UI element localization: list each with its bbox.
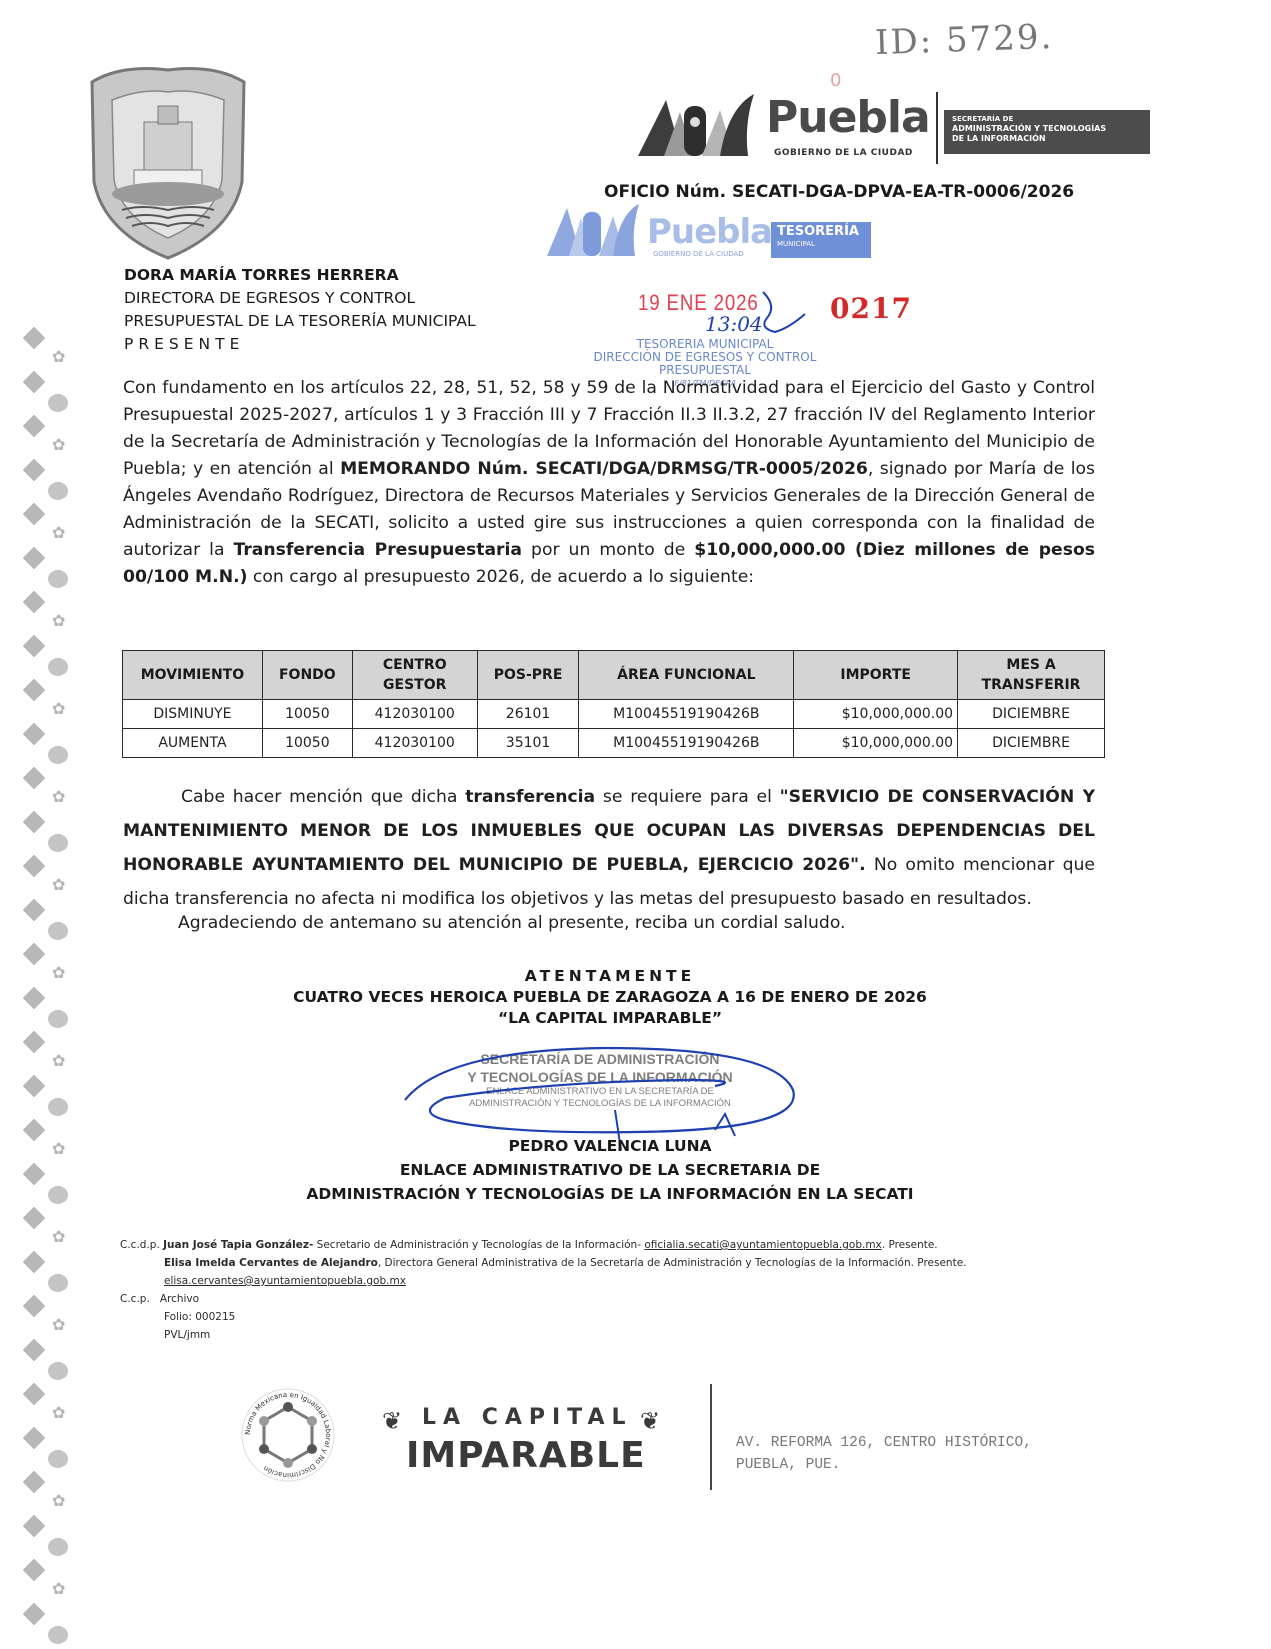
- col-movimiento: MOVIMIENTO: [123, 651, 263, 700]
- recipient-title-2: PRESUPUESTAL DE LA TESORERÍA MUNICIPAL: [124, 310, 476, 333]
- flower-ornament-icon: [48, 658, 68, 676]
- diamond-ornament-icon: [23, 327, 46, 350]
- flower-ornament-icon: [48, 482, 68, 500]
- signature-heading: ATENTAMENTE CUATRO VECES HEROICA PUEBLA …: [160, 966, 1060, 1028]
- dept-box: SECRETARÍA DE ADMINISTRACIÓN Y TECNOLOGÍ…: [944, 110, 1150, 154]
- signer-title-2: ADMINISTRACIÓN Y TECNOLOGÍAS DE LA INFOR…: [160, 1182, 1060, 1206]
- leaf-ornament-icon: ✿: [52, 1054, 64, 1068]
- leaf-ornament-icon: ✿: [52, 526, 64, 540]
- diamond-ornament-icon: [23, 987, 46, 1010]
- stamp-wordmark: Puebla: [647, 212, 772, 252]
- place-date: CUATRO VECES HEROICA PUEBLA DE ZARAGOZA …: [160, 986, 1060, 1008]
- flower-ornament-icon: [48, 1362, 68, 1380]
- flower-ornament-icon: [48, 1626, 68, 1644]
- diamond-ornament-icon: [23, 1295, 46, 1318]
- cc-email-link[interactable]: oficialia.secati@ayuntamientopuebla.gob.…: [644, 1239, 881, 1251]
- diamond-ornament-icon: [23, 1207, 46, 1230]
- cc-text: , Directora General Administrativa de la…: [378, 1257, 967, 1269]
- puebla-secati-logo: Puebla GOBIERNO DE LA CIUDAD SECRETARÍA …: [636, 90, 1156, 170]
- closing-paragraph: Agradeciendo de antemano su atención al …: [178, 913, 846, 933]
- signer-name: PEDRO VALENCIA LUNA: [160, 1134, 1060, 1158]
- cell: M10045519190426B: [579, 729, 794, 758]
- diamond-ornament-icon: [23, 723, 46, 746]
- red-mark: 0: [830, 70, 841, 91]
- diamond-ornament-icon: [23, 1075, 46, 1098]
- puebla-tagline: GOBIERNO DE LA CIUDAD: [774, 148, 913, 158]
- motto: “LA CAPITAL IMPARABLE”: [160, 1008, 1060, 1028]
- diamond-ornament-icon: [23, 855, 46, 878]
- puebla-emblem-stamp-icon: [545, 200, 640, 260]
- diamond-ornament-icon: [23, 767, 46, 790]
- flower-ornament-icon: [48, 570, 68, 588]
- cell: 412030100: [352, 700, 477, 729]
- diamond-ornament-icon: [23, 1251, 46, 1274]
- diamond-ornament-icon: [23, 371, 46, 394]
- leaf-ornament-icon: ✿: [52, 966, 64, 980]
- diamond-ornament-icon: [23, 1119, 46, 1142]
- decorative-border: ✿✿✿✿✿✿✿✿✿✿✿✿✿✿✿: [18, 330, 68, 1630]
- footer-divider: [710, 1384, 712, 1490]
- leaf-ornament-icon: ✿: [52, 1318, 64, 1332]
- initials: PVL/jmm: [120, 1326, 1070, 1344]
- puebla-wordmark: Puebla: [766, 92, 930, 143]
- stamp-tagline: GOBIERNO DE LA CIUDAD: [653, 250, 744, 258]
- leaf-ornament-icon: ✿: [52, 350, 64, 364]
- recipient-name: DORA MARÍA TORRES HERRERA: [124, 264, 476, 287]
- recipient-title-1: DIRECTORA DE EGRESOS Y CONTROL: [124, 287, 476, 310]
- stamp-box-subtitle: MUNICIPAL: [777, 238, 865, 250]
- folio: Folio: 000215: [120, 1308, 1070, 1326]
- memo-reference: MEMORANDO Núm. SECATI/DGA/DRMSG/TR-0005/…: [340, 459, 868, 479]
- text: se requiere para el: [595, 787, 779, 807]
- cell: M10045519190426B: [579, 700, 794, 729]
- leaf-ornament-icon: ✿: [52, 614, 64, 628]
- tesoreria-stamp: Puebla GOBIERNO DE LA CIUDAD TESORERÍA M…: [545, 200, 875, 270]
- dept-line-1: SECRETARÍA DE: [952, 114, 1142, 124]
- address-line-1: AV. REFORMA 126, CENTRO HISTÓRICO,: [736, 1432, 1032, 1454]
- stamp-box: TESORERÍA MUNICIPAL: [771, 222, 871, 258]
- folio-number: 0217: [830, 292, 912, 325]
- wing-right-icon: ❦: [640, 1407, 660, 1435]
- cell: 26101: [477, 700, 579, 729]
- diamond-ornament-icon: [23, 1427, 46, 1450]
- signer-title-1: ENLACE ADMINISTRATIVO DE LA SECRETARIA D…: [160, 1158, 1060, 1182]
- diamond-ornament-icon: [23, 547, 46, 570]
- flower-ornament-icon: [48, 1186, 68, 1204]
- cell: AUMENTA: [123, 729, 263, 758]
- cell: 412030100: [352, 729, 477, 758]
- address-line-2: PUEBLA, PUE.: [736, 1454, 1032, 1476]
- handwritten-initial-icon: [755, 288, 815, 338]
- diamond-ornament-icon: [23, 899, 46, 922]
- salutation: PRESENTE: [124, 333, 476, 356]
- flower-ornament-icon: [48, 1450, 68, 1468]
- col-importe: IMPORTE: [794, 651, 958, 700]
- diamond-ornament-icon: [23, 1471, 46, 1494]
- text-bold: transferencia: [465, 787, 595, 807]
- leaf-ornament-icon: ✿: [52, 1582, 64, 1596]
- brand-line-1: LA CAPITAL: [422, 1405, 633, 1430]
- cell: DICIEMBRE: [958, 729, 1105, 758]
- cc-name: Juan José Tapia González-: [163, 1239, 313, 1251]
- leaf-ornament-icon: ✿: [52, 790, 64, 804]
- cc-recipient-1: C.c.d.p. Juan José Tapia González- Secre…: [120, 1236, 1070, 1254]
- flower-ornament-icon: [48, 922, 68, 940]
- cell: 10050: [262, 729, 352, 758]
- leaf-ornament-icon: ✿: [52, 1230, 64, 1244]
- leaf-ornament-icon: ✿: [52, 1406, 64, 1420]
- text: Cabe hacer mención que dicha: [181, 787, 465, 807]
- ccp-archivo: Archivo: [160, 1293, 199, 1305]
- cc-email-link[interactable]: elisa.cervantes@ayuntamientopuebla.gob.m…: [120, 1272, 1070, 1290]
- diamond-ornament-icon: [23, 1339, 46, 1362]
- leaf-ornament-icon: ✿: [52, 878, 64, 892]
- leaf-ornament-icon: ✿: [52, 1142, 64, 1156]
- coat-of-arms-icon: [82, 62, 254, 260]
- closing-word: ATENTAMENTE: [160, 966, 1060, 986]
- cc-text: Secretario de Administración y Tecnologí…: [313, 1239, 644, 1251]
- diamond-ornament-icon: [23, 459, 46, 482]
- equality-seal-icon: Norma Mexicana en Igualdad Laboral y No …: [238, 1385, 338, 1485]
- flower-ornament-icon: [48, 394, 68, 412]
- recipient-block: DORA MARÍA TORRES HERRERA DIRECTORA DE E…: [124, 264, 476, 356]
- cc-list: C.c.d.p. Juan José Tapia González- Secre…: [120, 1236, 1070, 1344]
- flower-ornament-icon: [48, 834, 68, 852]
- brand-line-2: IMPARABLE: [406, 1435, 646, 1476]
- la-capital-imparable-logo: ❦ LA CAPITAL ❦ IMPARABLE: [382, 1405, 682, 1485]
- col-centro-gestor: CENTRO GESTOR: [352, 651, 477, 700]
- text: con cargo al presupuesto 2026, de acuerd…: [247, 567, 754, 587]
- wing-left-icon: ❦: [382, 1407, 402, 1435]
- diamond-ornament-icon: [23, 1603, 46, 1626]
- cc-label: C.c.d.p.: [120, 1239, 160, 1251]
- leaf-ornament-icon: ✿: [52, 702, 64, 716]
- cell: 10050: [262, 700, 352, 729]
- diamond-ornament-icon: [23, 1031, 46, 1054]
- flower-ornament-icon: [48, 1538, 68, 1556]
- cell: DISMINUYE: [123, 700, 263, 729]
- flower-ornament-icon: [48, 1274, 68, 1292]
- cell: DICIEMBRE: [958, 700, 1105, 729]
- flower-ornament-icon: [48, 1010, 68, 1028]
- flower-ornament-icon: [48, 746, 68, 764]
- text: por un monto de: [522, 540, 694, 560]
- cc-text: . Presente.: [882, 1239, 938, 1251]
- cell: $10,000,000.00: [794, 729, 958, 758]
- table-row: AUMENTA 10050 412030100 35101 M100455191…: [123, 729, 1105, 758]
- body-paragraph-1: Con fundamento en los artículos 22, 28, …: [123, 375, 1095, 591]
- flower-ornament-icon: [48, 1098, 68, 1116]
- col-pos-pre: POS-PRE: [477, 651, 579, 700]
- leaf-ornament-icon: ✿: [52, 1494, 64, 1508]
- cell: $10,000,000.00: [794, 700, 958, 729]
- cell: 35101: [477, 729, 579, 758]
- col-fondo: FONDO: [262, 651, 352, 700]
- diamond-ornament-icon: [23, 591, 46, 614]
- handwritten-id: ID: 5729.: [874, 17, 1054, 63]
- dept-line-2: ADMINISTRACIÓN Y TECNOLOGÍAS: [952, 124, 1142, 134]
- col-area-funcional: ÁREA FUNCIONAL: [579, 651, 794, 700]
- transfer-table: MOVIMIENTO FONDO CENTRO GESTOR POS-PRE Á…: [122, 650, 1105, 758]
- diamond-ornament-icon: [23, 1163, 46, 1186]
- col-mes-transferir: MES A TRANSFERIR: [958, 651, 1105, 700]
- diamond-ornament-icon: [23, 943, 46, 966]
- diamond-ornament-icon: [23, 679, 46, 702]
- cc-name: Elisa Imelda Cervantes de Alejandro: [164, 1257, 378, 1269]
- ccp-label: C.c.p.: [120, 1293, 150, 1305]
- diamond-ornament-icon: [23, 1515, 46, 1538]
- footer-address: AV. REFORMA 126, CENTRO HISTÓRICO, PUEBL…: [736, 1432, 1032, 1476]
- oficio-number: OFICIO Núm. SECATI-DGA-DPVA-EA-TR-0006/2…: [604, 182, 1074, 202]
- diamond-ornament-icon: [23, 1559, 46, 1582]
- leaf-ornament-icon: ✿: [52, 438, 64, 452]
- cc-recipient-2: Elisa Imelda Cervantes de Alejandro, Dir…: [120, 1254, 1070, 1272]
- logo-divider: [936, 92, 938, 164]
- dept-line-3: DE LA INFORMACIÓN: [952, 134, 1142, 144]
- received-time: 13:04: [705, 312, 763, 336]
- transfer-type: Transferencia Presupuestaria: [234, 540, 523, 560]
- signer-block: PEDRO VALENCIA LUNA ENLACE ADMINISTRATIV…: [160, 1134, 1060, 1206]
- table-row: DISMINUYE 10050 412030100 26101 M1004551…: [123, 700, 1105, 729]
- diamond-ornament-icon: [23, 635, 46, 658]
- body-paragraph-2: Cabe hacer mención que dicha transferenc…: [123, 780, 1095, 916]
- diamond-ornament-icon: [23, 503, 46, 526]
- stamp-box-title: TESORERÍA: [777, 226, 865, 238]
- diamond-ornament-icon: [23, 1383, 46, 1406]
- puebla-emblem-icon: [636, 90, 756, 162]
- diamond-ornament-icon: [23, 415, 46, 438]
- diamond-ornament-icon: [23, 811, 46, 834]
- ccp-line: C.c.p. Archivo: [120, 1290, 1070, 1308]
- table-header-row: MOVIMIENTO FONDO CENTRO GESTOR POS-PRE Á…: [123, 651, 1105, 700]
